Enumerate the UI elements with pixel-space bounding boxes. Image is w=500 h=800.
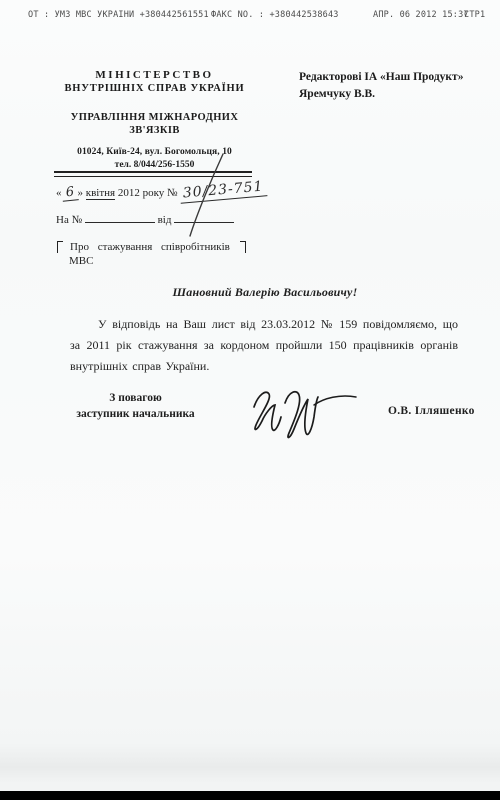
pen-stroke-mark bbox=[183, 152, 228, 238]
scanned-fax-letter: { "fax_header": { "from": "ОТ : УМЗ МВС … bbox=[0, 0, 500, 800]
month-label: квітня bbox=[86, 187, 115, 200]
handwritten-signature bbox=[248, 381, 363, 447]
signer-name: О.В. Ілляшенко bbox=[388, 405, 475, 417]
closing-position: заступник начальника bbox=[63, 406, 208, 422]
addressee-line2: Яремчуку В.В. bbox=[299, 86, 463, 103]
fax-header-from: ОТ : УМЗ МВС УКРАІНИ +380442561551 bbox=[28, 10, 209, 20]
corner-bracket-right-icon bbox=[240, 241, 246, 253]
fax-header-page: СТР1 bbox=[464, 10, 485, 20]
handwritten-day: 6 bbox=[61, 184, 79, 202]
letterhead-ministry-line2: ВНУТРІШНІХ СПРАВ УКРАЇНИ bbox=[52, 83, 257, 94]
on-no-label: На № bbox=[56, 214, 82, 226]
subject-line2: МВС bbox=[69, 254, 246, 268]
reference-number-blank bbox=[85, 211, 155, 223]
letterhead-ministry-line1: МІНІСТЕРСТВО bbox=[52, 69, 257, 81]
letterhead-department-line1: УПРАВЛІННЯ МІЖНАРОДНИХ bbox=[52, 112, 257, 123]
addressee-line1: Редакторові ІА «Наш Продукт» bbox=[299, 69, 463, 86]
year-number-label: 2012 року № bbox=[118, 187, 178, 199]
body-paragraph: У відповідь на Ваш лист від 23.03.2012 №… bbox=[70, 314, 458, 377]
date-number-line: «6» квітня 2012 року № 30/23-751 bbox=[56, 184, 267, 202]
closing-block: З повагою заступник начальника bbox=[63, 390, 208, 422]
fax-header-datetime: АПР. 06 2012 15:37 bbox=[373, 10, 469, 20]
subject-line1: Про стажування співробітників bbox=[70, 240, 233, 254]
vid-label: від bbox=[158, 214, 172, 226]
addressee-block: Редакторові ІА «Наш Продукт» Яремчуку В.… bbox=[299, 69, 463, 103]
corner-bracket-left-icon bbox=[57, 241, 63, 253]
letterhead-department-line2: ЗВ'ЯЗКІВ bbox=[52, 125, 257, 136]
subject-block: Про стажування співробітників МВС bbox=[57, 240, 246, 268]
document-page: ОТ : УМЗ МВС УКРАІНИ +380442561551 ФАКС … bbox=[0, 0, 500, 791]
salutation: Шановний Валерію Васильовичу! bbox=[70, 285, 460, 300]
fax-header-number: ФАКС NO. : +380442538643 bbox=[211, 10, 339, 20]
closing-regards: З повагою bbox=[63, 390, 208, 406]
